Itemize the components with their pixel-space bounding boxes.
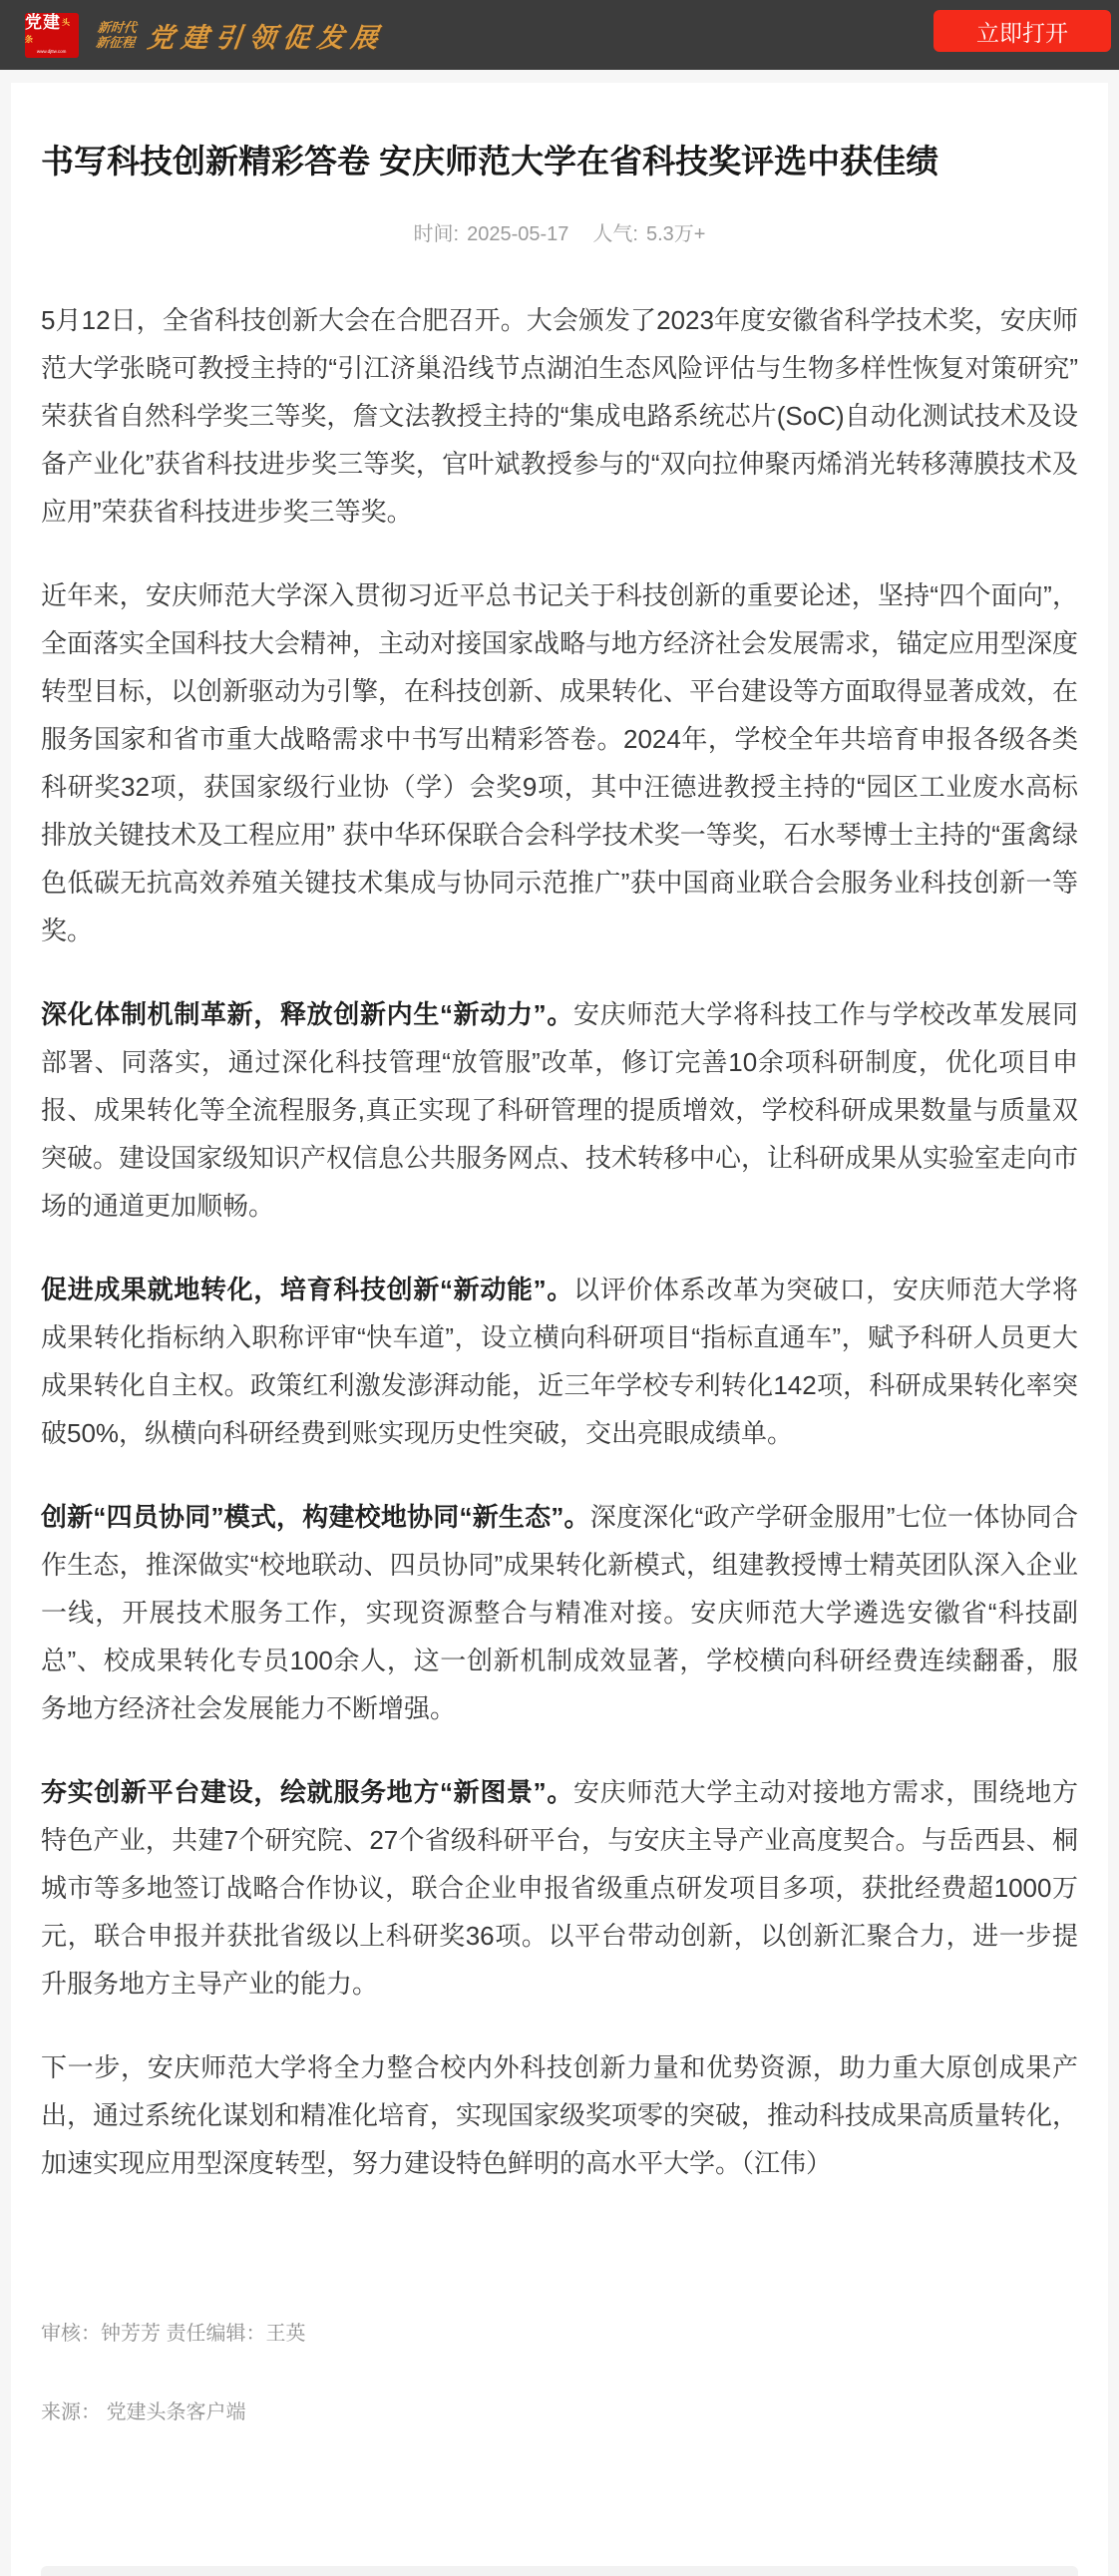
review-editor-line: 审核：钟芳芳 责任编辑：王英 [41, 2317, 1078, 2346]
app-logo-text: 党建头条 [25, 14, 79, 48]
paragraph-lead: 夯实创新平台建设，绘就服务地方“新图景”。 [41, 1777, 573, 1807]
source-label: 来源： [41, 2401, 101, 2423]
article-paragraph: 近年来，安庆师范大学深入贯彻习近平总书记关于科技创新的重要论述，坚持“四个面向”… [41, 571, 1078, 954]
article-paragraph: 创新“四员协同”模式，构建校地协同“新生态”。深度深化“政产学研金服用”七位一体… [41, 1493, 1078, 1732]
app-logo[interactable]: 党建头条 www.djttw.com [25, 13, 79, 58]
slogan-small-line1: 新时代 [97, 20, 138, 35]
article-footer: 审核：钟芳芳 责任编辑：王英 来源： 党建头条客户端 [41, 2317, 1078, 2424]
meta-time-label: 时间: [414, 223, 460, 245]
app-logo-site-text: www.djttw.com [37, 49, 67, 55]
article-meta: 时间:2025-05-17人气:5.3万+ [41, 217, 1078, 246]
open-app-button[interactable]: 立即打开 [933, 10, 1111, 52]
article-body: 5月12日，全省科技创新大会在合肥召开。大会颁发了2023年度安徽省科学技术奖，… [41, 296, 1078, 2187]
paragraph-lead: 创新“四员协同”模式，构建校地协同“新生态”。 [41, 1502, 590, 1532]
banner-slogan: 新时代 新征程 党建引领促发展 [97, 16, 385, 55]
app-banner: 党建头条 www.djttw.com 新时代 新征程 党建引领促发展 立即打开 [0, 0, 1119, 70]
paragraph-lead: 深化体制机制革新，释放创新内生“新动力”。 [41, 999, 573, 1029]
next-section-strip [41, 2566, 1078, 2576]
article-paragraph: 5月12日，全省科技创新大会在合肥召开。大会颁发了2023年度安徽省科学技术奖，… [41, 296, 1078, 536]
article-paragraph: 下一步，安庆师范大学将全力整合校内外科技创新力量和优势资源，助力重大原创成果产出… [41, 2043, 1078, 2187]
article-paragraph: 促进成果就地转化，培育科技创新“新动能”。以评价体系改革为突破口，安庆师范大学将… [41, 1266, 1078, 1457]
paragraph-lead: 促进成果就地转化，培育科技创新“新动能”。 [41, 1275, 573, 1304]
banner-slogan-main: 党建引领促发展 [146, 16, 387, 55]
article-paragraph: 夯实创新平台建设，绘就服务地方“新图景”。安庆师范大学主动对接地方需求，围绕地方… [41, 1768, 1078, 2008]
source-value: 党建头条客户端 [107, 2401, 246, 2423]
banner-slogan-small: 新时代 新征程 [95, 20, 137, 50]
article-card: 书写科技创新精彩答卷 安庆师范大学在省科技奖评选中获佳绩 时间:2025-05-… [11, 83, 1108, 2576]
slogan-small-line2: 新征程 [95, 35, 136, 50]
meta-views-value: 5.3万+ [646, 223, 705, 245]
meta-time-value: 2025-05-17 [467, 223, 568, 245]
meta-views-label: 人气: [592, 223, 638, 245]
article-title: 书写科技创新精彩答卷 安庆师范大学在省科技奖评选中获佳绩 [41, 138, 1078, 185]
article-paragraph: 深化体制机制革新，释放创新内生“新动力”。安庆师范大学将科技工作与学校改革发展同… [41, 990, 1078, 1230]
source-line: 来源： 党建头条客户端 [41, 2395, 1078, 2424]
